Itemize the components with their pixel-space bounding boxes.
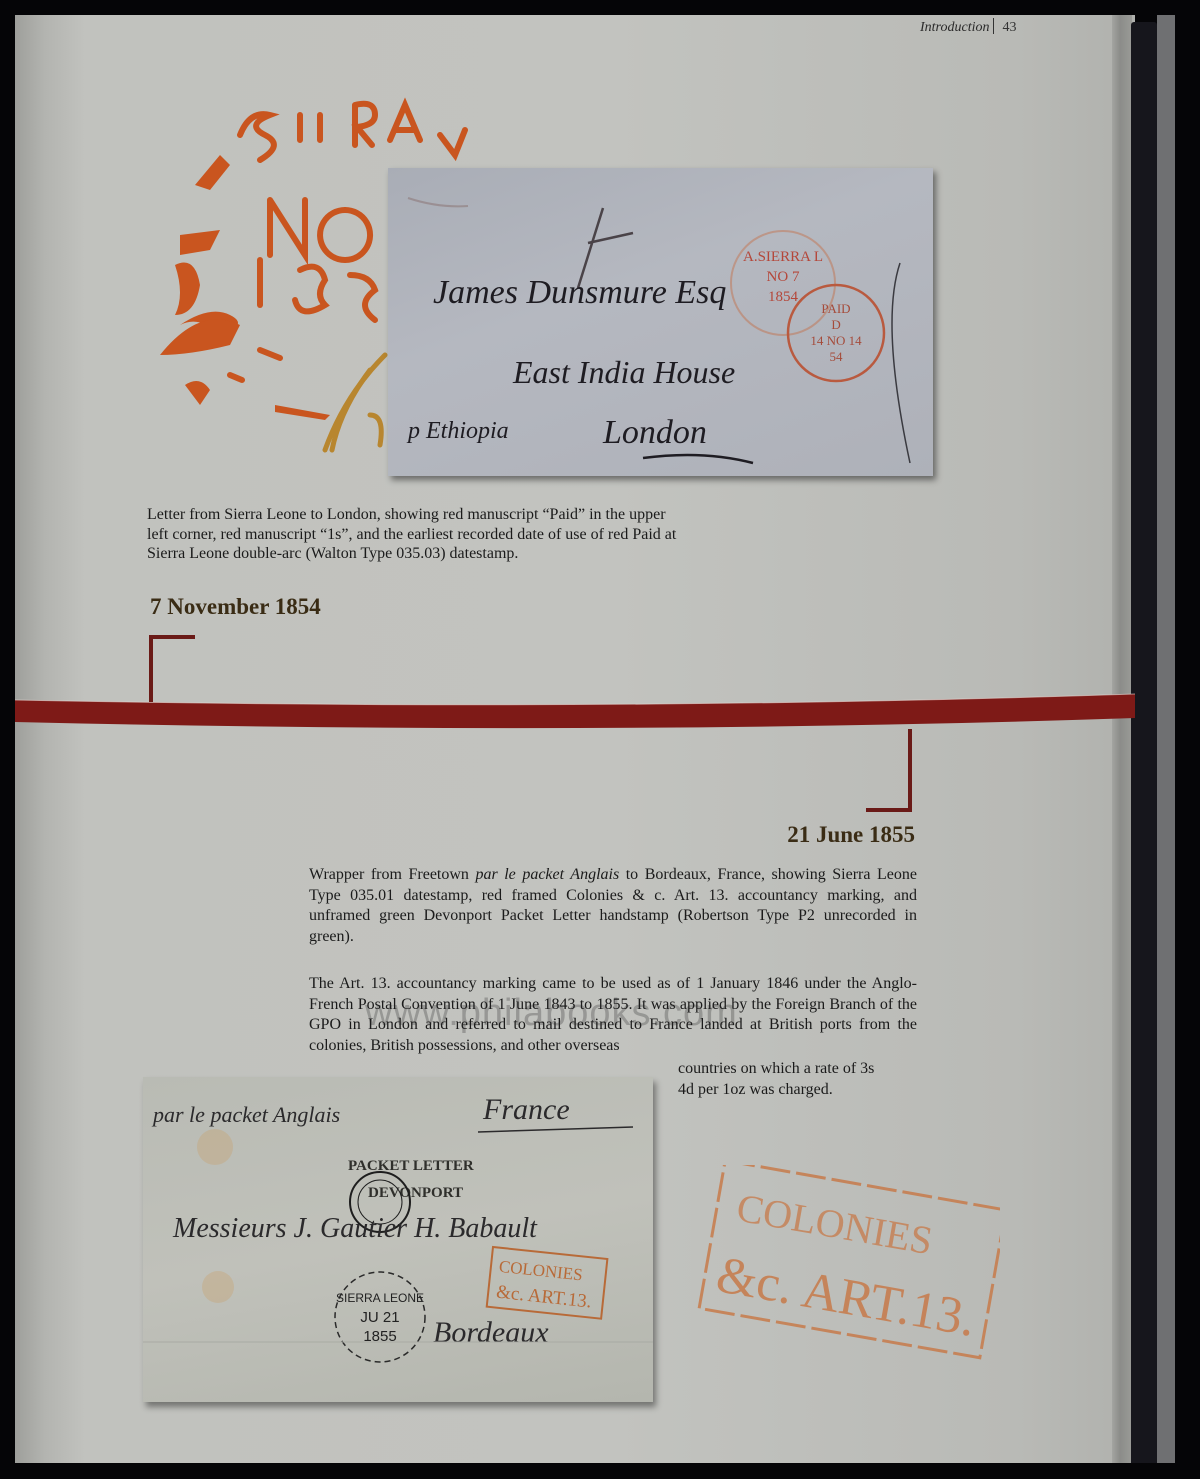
colonies-marking-line-2: &c. ART.13. [495,1282,592,1313]
caption-text-start: Wrapper from Freetown [309,866,475,883]
header-divider [993,18,994,34]
page-stack-edge [1112,15,1132,1463]
colonies-marking-line-1: COLONIES [498,1257,584,1285]
figure-caption-1854: Letter from Sierra Leone to London, show… [147,505,687,564]
address-line-3: London [602,414,707,451]
figure-caption-1855: Wrapper from Freetown par le packet Angl… [309,865,917,947]
paid-stamp-line-3: 14 NO 14 [810,333,862,348]
page-number: 43 [1002,20,1016,35]
timeline-date-1854: 7 November 1854 [150,594,321,620]
enlarged-marking-line-1: COLONIES [733,1185,936,1264]
timeline-date-1855: 21 June 1855 [768,822,915,848]
datestamp-line-1: A.SIERRA L [743,249,823,265]
datestamp-line-3: 1854 [768,289,799,305]
book-cover-edge [1131,22,1157,1463]
paid-stamp-line-1: PAID [821,301,850,316]
art13-explanation-tail: countries on which a rate of 3s 4d per 1… [678,1059,922,1100]
address-line-1: James Dunsmure Esq [433,274,726,311]
section-title: Introduction [920,20,989,35]
packet-letter-handstamp: PACKET LETTER [348,1158,474,1174]
caption-italic-phrase: par le packet Anglais [475,866,619,883]
devonport-handstamp: DEVONPORT [368,1185,463,1201]
datestamp-line-2: JU 21 [360,1309,399,1326]
watermark: www.philabooks.com [365,992,738,1035]
manuscript-par-le-packet: par le packet Anglais [151,1102,340,1127]
running-header: Introduction43 [920,18,1016,36]
book-cover-side [1157,15,1175,1463]
paid-stamp-line-4: 54 [830,349,844,364]
letter-sierra-leone-to-london-image: A.SIERRA L NO 7 1854 PAID D 14 NO 14 54 … [388,168,933,476]
address-line-2: Bordeaux [433,1316,549,1349]
datestamp-line-2: NO 7 [767,269,800,285]
enlarged-colonies-marking-image: COLONIES &c. ART.13. [690,1165,1000,1375]
paid-stamp-line-2: D [831,317,840,332]
tail-line-1: countries on which a rate of 3s [678,1059,922,1080]
enlarged-marking-line-2: &c. ART.13. [712,1246,980,1348]
manuscript-france: France [482,1093,570,1126]
address-line-1: Messieurs J. Gautier H. Babault [172,1213,538,1244]
routing-endorsement: p Ethiopia [406,418,509,444]
tail-line-2: 4d per 1oz was charged. [678,1080,922,1101]
datestamp-line-1: SIERRA LEONE [336,1291,424,1305]
address-line-2: East India House [512,354,735,390]
wrapper-freetown-to-bordeaux-image: par le packet Anglais France PACKET LETT… [143,1077,653,1402]
